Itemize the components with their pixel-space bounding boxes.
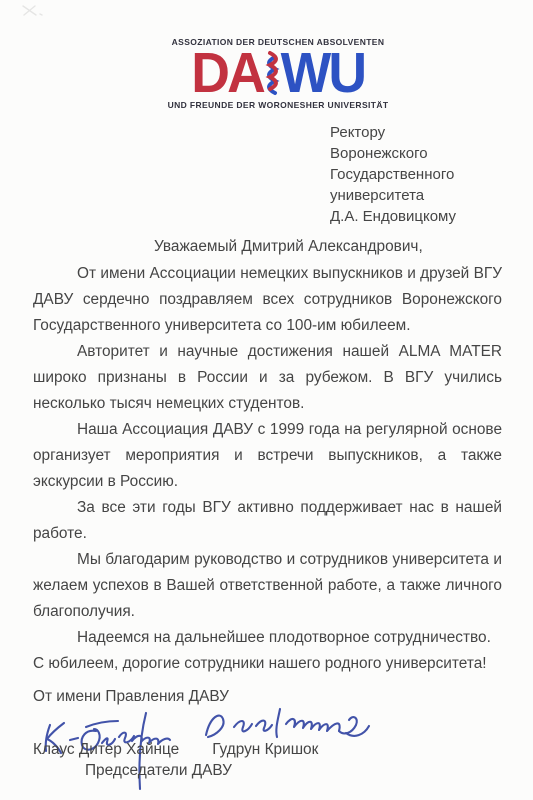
recipient-address-line: Государственного [330, 164, 456, 185]
recipient-address-line: Воронежского [330, 143, 456, 164]
letter-body: От имени Ассоциации немецких выпускников… [33, 261, 502, 677]
body-paragraph: С юбилеем, дорогие сотрудники нашего род… [33, 651, 502, 677]
body-paragraph: Авторитет и научные достижения нашей ALM… [33, 339, 502, 417]
signatory-role: Председатели ДАВУ [85, 762, 232, 780]
recipient-address-line: университета [330, 185, 456, 206]
dawu-logo: ASSOZIATION DER DEUTSCHEN ABSOLVENTEN DA… [166, 37, 390, 110]
closing-on-behalf: От имени Правления ДАВУ [33, 688, 229, 706]
signatory-name: Клаус Дитер Хайнце [33, 741, 179, 759]
body-paragraph: За все эти годы ВГУ активно поддерживает… [33, 495, 502, 547]
logo-letters-da: DA [192, 45, 264, 102]
faint-pen-mark-icon [20, 3, 46, 19]
recipient-address-line: Ректору [330, 122, 456, 143]
recipient-address-line: Д.А. Ендовицкому [330, 206, 456, 227]
logo-wordmark: DA WU [166, 48, 390, 98]
body-paragraph: Надеемся на дальнейшее плодотворное сотр… [33, 625, 502, 651]
letter-page: ASSOZIATION DER DEUTSCHEN ABSOLVENTEN DA… [0, 0, 533, 800]
signatory-names: Клаус Дитер ХайнцеГудрун Кришок [33, 741, 318, 759]
salutation: Уважаемый Дмитрий Александрович, [154, 238, 423, 256]
body-paragraph: Мы благодарим руководство и сотрудников … [33, 547, 502, 625]
logo-letters-wu: WU [280, 45, 364, 102]
body-paragraph: Наша Ассоциация ДАВУ с 1999 года на регу… [33, 417, 502, 495]
signatory-name: Гудрун Кришок [212, 741, 318, 759]
puzzle-zipper-icon [264, 50, 281, 96]
recipient-address: РекторуВоронежскогоГосударственногоуниве… [330, 122, 456, 227]
body-paragraph: От имени Ассоциации немецких выпускников… [33, 261, 502, 339]
